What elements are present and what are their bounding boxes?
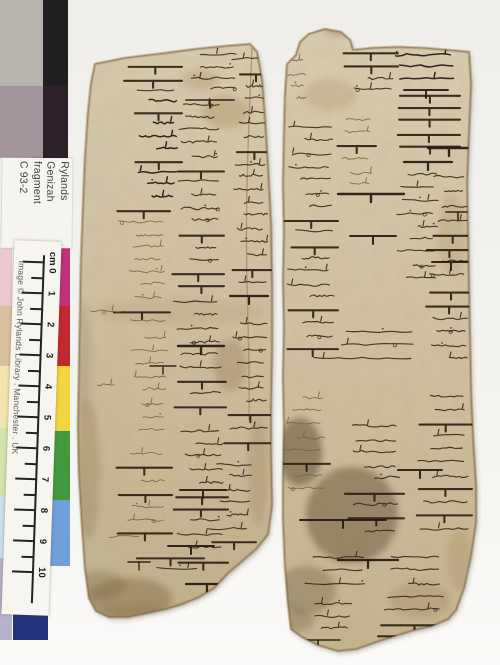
specimen-label-card: Rylands Genizah fragment C 93-2 [2,158,73,249]
ruler-number-2: 2 [44,312,57,336]
ruler-number-3: 3 [43,343,56,367]
ruler-number-10: 10 [36,560,49,584]
ruler-number-5: 5 [41,405,54,429]
ruler-tick-half [24,493,36,495]
ruler-tick-half [29,338,41,340]
ruler-number-8: 8 [38,498,51,522]
ruler-tick-half [23,524,35,526]
ruler-tick-half [25,462,37,464]
ruler-tick-half [26,431,38,433]
ruler-number-9: 9 [37,529,50,553]
digitized-manuscript-scan: Rylands Genizah fragment C 93-2 Image © … [0,0,500,665]
ruler-number-0: cm 0 [46,250,59,274]
ruler-number-6: 6 [40,436,53,460]
ruler-number-4: 4 [42,374,55,398]
ruler-number-1: 1 [45,281,58,305]
label-line-type: fragment [29,161,44,245]
specimen-label-text: Rylands Genizah fragment C 93-2 [8,161,71,246]
ruler-tick-half [27,400,39,402]
ruler-number-7: 7 [39,467,52,491]
label-line-collection: Rylands [56,161,71,245]
ruler-tick-half [28,369,40,371]
ruler-tick-half [31,276,43,278]
ruler-tick-half [21,555,33,557]
ruler-tick-half [30,307,42,309]
manuscript-photo [0,0,500,665]
label-line-series: Genizah [42,161,57,245]
label-line-shelfmark: C 93-2 [15,161,30,245]
